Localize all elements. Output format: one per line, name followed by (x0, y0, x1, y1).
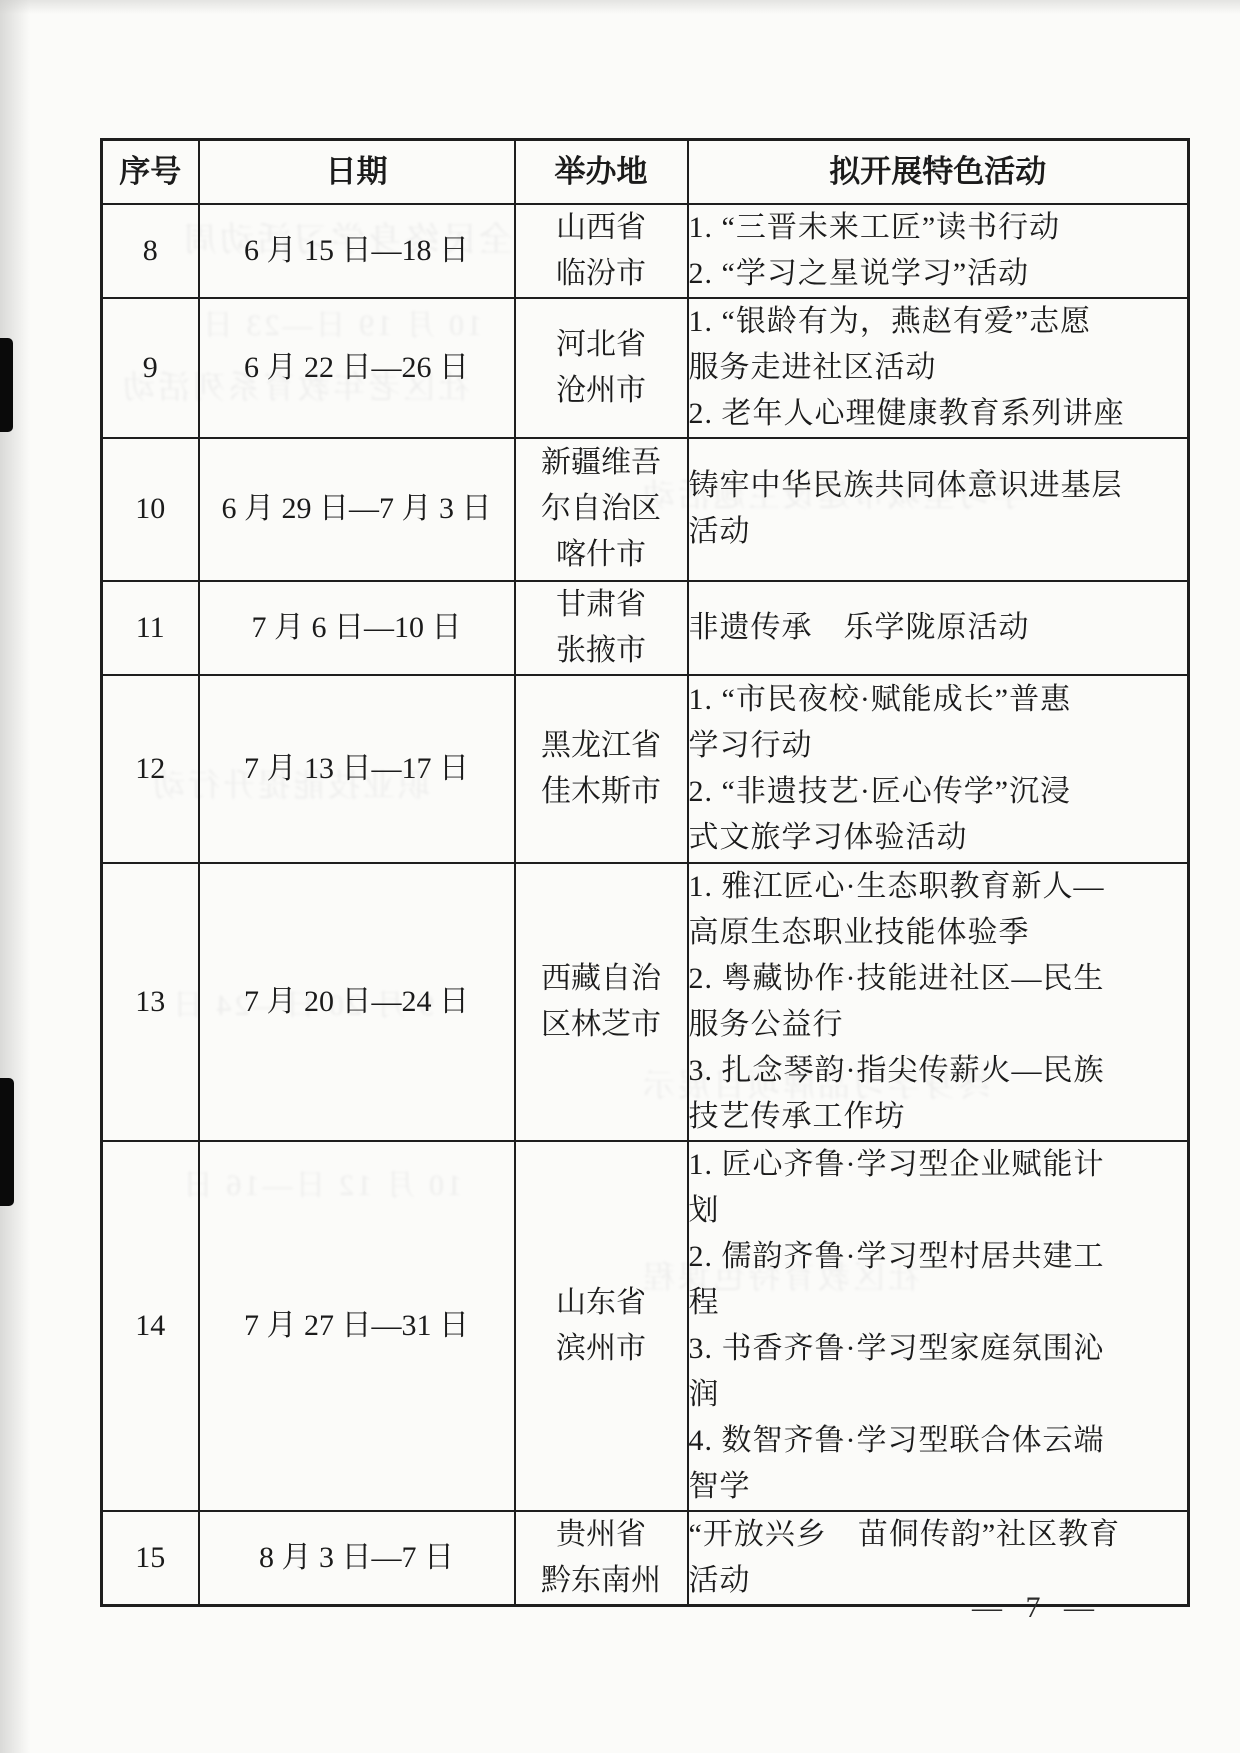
row-number-cell: 8 (102, 204, 199, 298)
binding-mark (0, 338, 13, 432)
header-venue: 举办地 (515, 140, 688, 204)
date-cell: 6 月 22 日—26 日 (199, 298, 515, 438)
row-number-cell: 14 (102, 1141, 199, 1511)
venue-cell: 河北省 沧州市 (515, 298, 688, 438)
header-date: 日期 (199, 140, 515, 204)
table-header-row: 序号 日期 举办地 拟开展特色活动 (102, 140, 1189, 204)
schedule-table: 序号 日期 举办地 拟开展特色活动 8 6 月 15 日—18 日 山西省 临汾… (100, 138, 1190, 1607)
table-row: 11 7 月 6 日—10 日 甘肃省 张掖市 非遗传承 乐学陇原活动 (102, 581, 1189, 675)
scan-edge-shading-left (0, 0, 30, 1753)
activities-cell: 1. 雅江匠心·生态职教育新人— 高原生态职业技能体验季 2. 粤藏协作·技能进… (688, 863, 1189, 1141)
row-number-cell: 9 (102, 298, 199, 438)
date-cell: 7 月 20 日—24 日 (199, 863, 515, 1141)
header-activities: 拟开展特色活动 (688, 140, 1189, 204)
venue-cell: 新疆维吾 尔自治区 喀什市 (515, 438, 688, 581)
venue-cell: 黑龙江省 佳木斯市 (515, 675, 688, 863)
activities-cell: 1. 匠心齐鲁·学习型企业赋能计 划 2. 儒韵齐鲁·学习型村居共建工 程 3.… (688, 1141, 1189, 1511)
date-cell: 7 月 13 日—17 日 (199, 675, 515, 863)
table-row: 12 7 月 13 日—17 日 黑龙江省 佳木斯市 1. “市民夜校·赋能成长… (102, 675, 1189, 863)
table-row: 14 7 月 27 日—31 日 山东省 滨州市 1. 匠心齐鲁·学习型企业赋能… (102, 1141, 1189, 1511)
table-row: 10 6 月 29 日—7 月 3 日 新疆维吾 尔自治区 喀什市 铸牢中华民族… (102, 438, 1189, 581)
activities-cell: 铸牢中华民族共同体意识进基层 活动 (688, 438, 1189, 581)
activities-cell: 1. “市民夜校·赋能成长”普惠 学习行动 2. “非遗技艺·匠心传学”沉浸 式… (688, 675, 1189, 863)
row-number-cell: 11 (102, 581, 199, 675)
activities-cell: 1. “三晋未来工匠”读书行动 2. “学习之星说学习”活动 (688, 204, 1189, 298)
date-cell: 7 月 6 日—10 日 (199, 581, 515, 675)
table-row: 13 7 月 20 日—24 日 西藏自治 区林芝市 1. 雅江匠心·生态职教育… (102, 863, 1189, 1141)
row-number-cell: 15 (102, 1511, 199, 1606)
activities-cell: 非遗传承 乐学陇原活动 (688, 581, 1189, 675)
activities-cell: 1. “银龄有为，燕赵有爱”志愿 服务走进社区活动 2. 老年人心理健康教育系列… (688, 298, 1189, 438)
header-serial: 序号 (102, 140, 199, 204)
row-number-cell: 12 (102, 675, 199, 863)
date-cell: 6 月 29 日—7 月 3 日 (199, 438, 515, 581)
row-number-cell: 13 (102, 863, 199, 1141)
date-cell: 7 月 27 日—31 日 (199, 1141, 515, 1511)
date-cell: 6 月 15 日—18 日 (199, 204, 515, 298)
venue-cell: 西藏自治 区林芝市 (515, 863, 688, 1141)
row-number-cell: 10 (102, 438, 199, 581)
venue-cell: 山西省 临汾市 (515, 204, 688, 298)
activities-cell: “开放兴乡 苗侗传韵”社区教育 活动 (688, 1511, 1189, 1606)
page-number: — 7 — (972, 1591, 1102, 1625)
table-row: 8 6 月 15 日—18 日 山西省 临汾市 1. “三晋未来工匠”读书行动 … (102, 204, 1189, 298)
venue-cell: 甘肃省 张掖市 (515, 581, 688, 675)
scan-edge-shading-top (0, 0, 1240, 14)
venue-cell: 山东省 滨州市 (515, 1141, 688, 1511)
table-row: 9 6 月 22 日—26 日 河北省 沧州市 1. “银龄有为，燕赵有爱”志愿… (102, 298, 1189, 438)
binding-mark (0, 1078, 14, 1206)
scanned-document-page: 全民终身学习活动周 10 月 19 日—23 日 社区老年教育系列活动 学习型城… (0, 0, 1240, 1753)
date-cell: 8 月 3 日—7 日 (199, 1511, 515, 1606)
venue-cell: 贵州省 黔东南州 (515, 1511, 688, 1606)
